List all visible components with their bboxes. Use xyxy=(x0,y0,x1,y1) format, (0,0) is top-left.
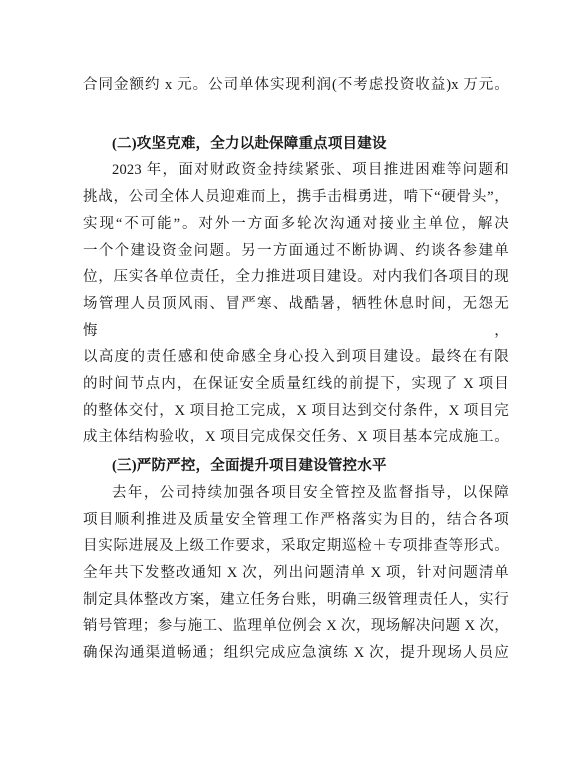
section-3-paragraph: 去年，公司持续加强各项目安全管控及监督指导，以保障 项目顺利推进及质量安全管理工… xyxy=(83,480,509,667)
document-content: 合同金额约 x 元。公司单体实现利润(不考虑投资收益)x 万元。 (二)攻坚克难… xyxy=(0,0,586,667)
paragraph-line: 实现“不可能”。对外一方面多轮次沟通对接业主单位，解决 xyxy=(83,211,509,238)
paragraph-line: 以高度的责任感和使命感全身心投入到项目建设。最终在有限 xyxy=(83,344,509,371)
paragraph-line: 目实际进展及上级工作要求，采取定期巡检＋专项排查等形式。 xyxy=(83,533,509,560)
section-2-paragraph: 2023 年，面对财政资金持续紧张、项目推进困难等问题和 挑战，公司全体人员迎难… xyxy=(83,157,509,451)
paragraph-line: 一个个建设资金问题。另一方面通过不断协调、约谈各参建单 xyxy=(83,238,509,265)
paragraph-line: 销号管理；参与施工、监理单位例会 X 次，现场解决问题 X 次， xyxy=(83,613,509,640)
paragraph-line: 位，压实各单位责任，全力推进项目建设。对内我们各项目的现 xyxy=(83,264,509,291)
paragraph-line: 挑战，公司全体人员迎难而上，携手击楫勇进，啃下“硬骨头”， xyxy=(83,184,509,211)
document-page: 合同金额约 x 元。公司单体实现利润(不考虑投资收益)x 万元。 (二)攻坚克难… xyxy=(0,0,586,759)
paragraph-line: 全年共下发整改通知 X 次，列出问题清单 X 项，针对问题清单 xyxy=(83,560,509,587)
paragraph-line: 成主体结构验收，X 项目完成保交任务、X 项目基本完成施工。 xyxy=(83,424,509,451)
paragraph-line: 确保沟通渠道畅通；组织完成应急演练 X 次，提升现场人员应 xyxy=(83,640,509,667)
paragraph-line: 场管理人员顶风雨、冒严寒、战酷暑，牺牲休息时间，无怨无悔， xyxy=(83,291,509,344)
section-2-heading: (二)攻坚克难，全力以赴保障重点项目建设 xyxy=(83,131,509,158)
paragraph-line: 去年，公司持续加强各项目安全管控及监督指导，以保障 xyxy=(83,480,509,507)
section-3-heading: (三)严防严控，全面提升项目建设管控水平 xyxy=(83,453,509,480)
paragraph-line: 的整体交付，X 项目抢工完成，X 项目达到交付条件，X 项目完 xyxy=(83,398,509,425)
paragraph-line: 制定具体整改方案，建立任务台账，明确三级管理责任人，实行 xyxy=(83,587,509,614)
paragraph-line-section1-tail: 合同金额约 x 元。公司单体实现利润(不考虑投资收益)x 万元。 xyxy=(83,72,509,99)
paragraph-line: 2023 年，面对财政资金持续紧张、项目推进困难等问题和 xyxy=(83,157,509,184)
paragraph-line: 的时间节点内，在保证安全质量红线的前提下，实现了 X 项目 xyxy=(83,371,509,398)
paragraph-line: 项目顺利推进及质量安全管理工作严格落实为目的，结合各项 xyxy=(83,507,509,534)
